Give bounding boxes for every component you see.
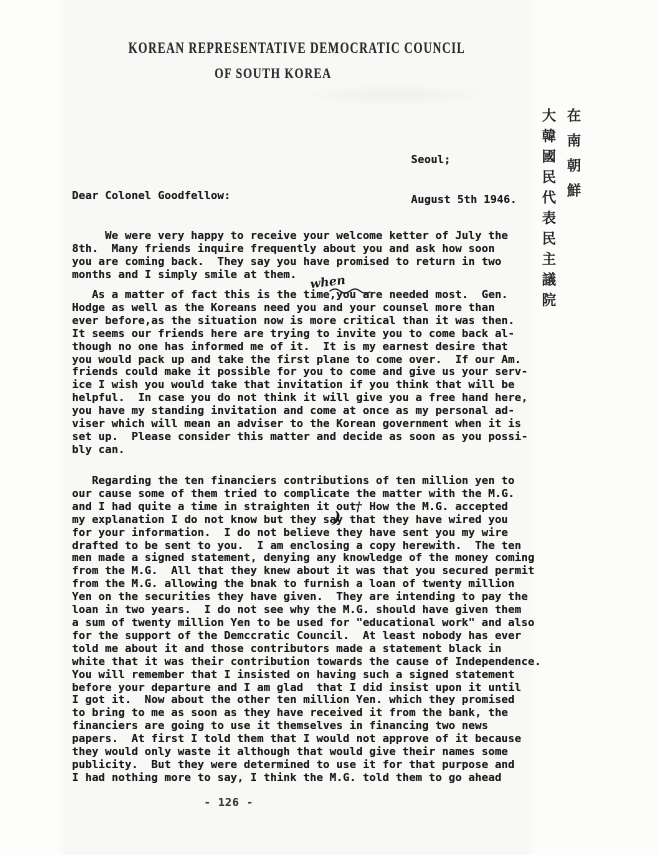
paragraph-1: We were very happy to receive your welco… xyxy=(72,230,508,282)
dateline: Seoul; August 5th 1946. xyxy=(411,127,517,233)
page-number: - 126 - xyxy=(204,796,253,809)
paragraph-2: As a matter of fact this is the time,you… xyxy=(72,289,528,457)
letterhead-subtitle: OF SOUTH KOREA xyxy=(0,63,546,83)
dateline-date: August 5th 1946. xyxy=(411,193,517,206)
dateline-place: Seoul; xyxy=(411,153,517,166)
letterhead-cjk-right-column: 在南朝鮮 xyxy=(564,108,582,208)
scan-smudge xyxy=(300,84,490,106)
letter-page: KOREAN REPRESENTATIVE DEMOCRATIC COUNCIL… xyxy=(0,0,658,855)
handwritten-mark-dagger: † xyxy=(355,500,362,515)
letterhead-cjk-left-column: 大韓國民代表民主議院 xyxy=(539,108,557,313)
letterhead-title-line2: OF SOUTH KOREA xyxy=(214,66,331,83)
handwritten-mark-paren: ) xyxy=(332,508,342,528)
handwritten-underline-squiggle xyxy=(329,286,373,295)
salutation: Dear Colonel Goodfellow: xyxy=(72,189,231,202)
paragraph-3: Regarding the ten financiers contributio… xyxy=(72,475,541,785)
letterhead: KOREAN REPRESENTATIVE DEMOCRATIC COUNCIL xyxy=(0,38,594,58)
letterhead-title-line1: KOREAN REPRESENTATIVE DEMOCRATIC COUNCIL xyxy=(128,40,465,58)
